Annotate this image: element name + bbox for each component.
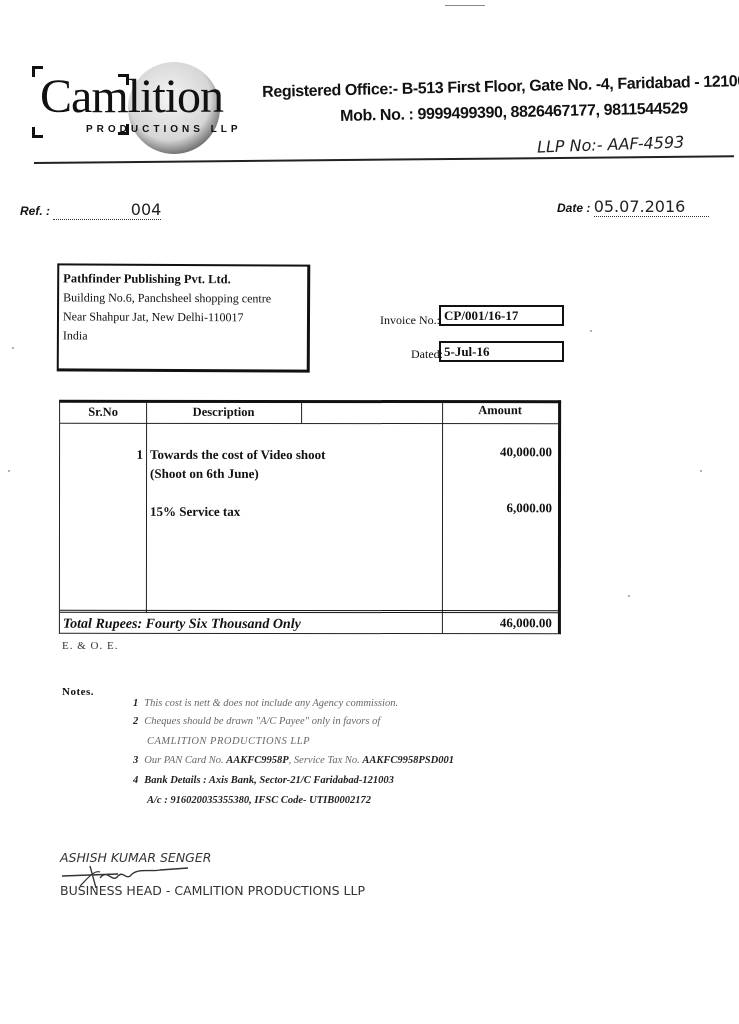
date-value: 05.07.2016 [594, 197, 686, 216]
signatory-name: ASHISH KUMAR SENGER [60, 850, 211, 865]
ref-field: Ref. : 004 [20, 200, 161, 220]
row-amount: 6,000.00 [507, 500, 553, 516]
row-description: Towards the cost of Video shoot [150, 445, 325, 464]
scan-speck [628, 595, 630, 597]
client-address-line: Near Shahpur Jat, New Delhi-110017 [63, 307, 303, 327]
registered-office: Registered Office:- B-513 First Floor, G… [262, 74, 714, 102]
notes-title: Notes. [62, 686, 94, 698]
bank-account: A/c : 916020035355380, IFSC Code- UTIB00… [147, 795, 371, 806]
scan-speck [12, 347, 14, 349]
column-divider [442, 613, 443, 633]
service-tax-number: AAKFC9958PSD001 [362, 755, 454, 766]
note-item: 3Our PAN Card No. AAKFC9958P, Service Ta… [133, 755, 454, 766]
total-amount: 46,000.00 [500, 615, 552, 631]
client-address-line: India [63, 326, 303, 346]
scan-speck [8, 470, 10, 472]
scan-speck [700, 470, 702, 472]
column-divider [301, 403, 302, 423]
logo-corner-mark [32, 127, 43, 138]
note-item: 2Cheques should be drawn "A/C Payee" onl… [133, 716, 380, 727]
items-table: Sr.No Description Amount 1 Towards the c… [59, 400, 561, 634]
header-amount: Amount [442, 403, 558, 418]
eoe-note: E. & O. E. [62, 640, 118, 652]
row-description-detail: (Shoot on 6th June) [150, 464, 259, 483]
ref-value-line: 004 [53, 200, 161, 220]
header-divider [34, 155, 734, 164]
ref-value: 004 [131, 200, 162, 219]
column-divider [442, 403, 443, 613]
mobile-numbers: Mob. No. : 9999499390, 8826467177, 98115… [340, 100, 688, 126]
scan-speck [590, 330, 592, 332]
header-sr-no: Sr.No [60, 405, 146, 420]
column-divider [146, 403, 147, 613]
note-item: 4Bank Details : Axis Bank, Sector-21/C F… [133, 775, 394, 786]
date-value-line: 05.07.2016 [594, 197, 709, 217]
bank-details: Bank Details : Axis Bank, Sector-21/C Fa… [144, 775, 394, 786]
client-address-line: Building No.6, Panchsheel shopping centr… [63, 288, 303, 308]
client-name: Pathfinder Publishing Pvt. Ltd. [63, 269, 303, 289]
company-logo: Camlition PRODUCTIONS LLP [30, 62, 260, 152]
pan-number: AAKFC9958P [226, 755, 288, 766]
date-label: Date : [557, 201, 590, 215]
note-item: 1This cost is nett & does not include an… [133, 698, 398, 709]
row-sr-no: 1 [60, 445, 143, 464]
row-description: 15% Service tax [150, 502, 240, 521]
signatory-title: BUSINESS HEAD - CAMLITION PRODUCTIONS LL… [60, 883, 365, 898]
ref-label: Ref. : [20, 204, 50, 218]
invoice-dated: 5-Jul-16 [439, 341, 564, 362]
header-description: Description [146, 405, 301, 420]
llp-number: LLP No:- AAF-4593 [537, 132, 685, 156]
logo-wordmark: Camlition [40, 72, 223, 122]
invoice-number: CP/001/16-17 [439, 305, 564, 326]
total-in-words: Total Rupees: Fourty Six Thousand Only [63, 617, 301, 633]
row-amount: 40,000.00 [500, 444, 552, 460]
date-field: Date : 05.07.2016 [557, 197, 709, 217]
logo-subtext: PRODUCTIONS LLP [86, 124, 242, 135]
scan-mark [445, 5, 485, 6]
note-item-continued: CAMLITION PRODUCTIONS LLP [147, 736, 310, 747]
bill-to-box: Pathfinder Publishing Pvt. Ltd. Building… [57, 263, 311, 372]
invoice-number-label: Invoice No.: [380, 313, 440, 328]
